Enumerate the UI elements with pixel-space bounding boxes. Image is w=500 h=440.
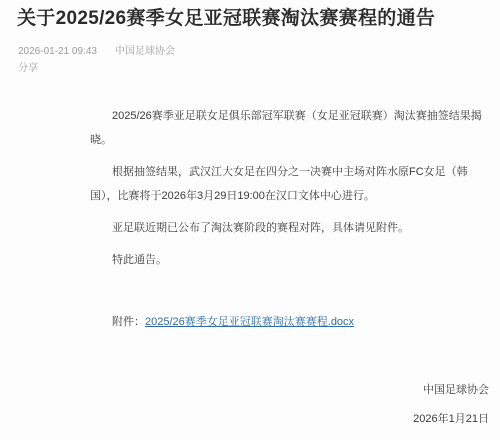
paragraph-line: 国），比赛将于2026年3月29日19:00在汉口文体中心进行。 <box>90 184 493 208</box>
paragraph-line: 晓。 <box>90 128 493 152</box>
paragraph: 2025/26赛季亚足联女足俱乐部冠军联赛（女足亚冠联赛）淘汰赛抽签结果揭 晓。 <box>90 104 493 152</box>
article-body: 2025/26赛季亚足联女足俱乐部冠军联赛（女足亚冠联赛）淘汰赛抽签结果揭 晓。… <box>90 104 493 431</box>
announcement-page: 关于2025/26赛季女足亚冠联赛淘汰赛赛程的通告 2026-01-21 09:… <box>0 0 500 440</box>
attachment-link[interactable]: 2025/26赛季女足亚冠联赛淘汰赛赛程.docx <box>145 316 354 328</box>
signature-org: 中国足球协会 <box>90 378 489 402</box>
signature-block: 中国足球协会 2026年1月21日 <box>90 378 493 431</box>
article-meta: 2026-01-21 09:43 中国足球协会 <box>18 45 500 59</box>
paragraph: 根据抽签结果，武汉江大女足在四分之一决赛中主场对阵水原FC女足（韩 国），比赛将… <box>90 160 493 208</box>
paragraph: 亚足联近期已公布了淘汰赛阶段的赛程对阵，具体请见附件。 <box>90 216 493 240</box>
page-title: 关于2025/26赛季女足亚冠联赛淘汰赛赛程的通告 <box>0 0 500 31</box>
attachment-label: 附件： <box>112 316 145 328</box>
paragraph-line: 2025/26赛季亚足联女足俱乐部冠军联赛（女足亚冠联赛）淘汰赛抽签结果揭 <box>90 104 493 128</box>
share-button[interactable]: 分享 <box>18 62 38 76</box>
paragraph-line: 亚足联近期已公布了淘汰赛阶段的赛程对阵，具体请见附件。 <box>90 216 493 240</box>
publisher-name: 中国足球协会 <box>115 45 175 59</box>
publish-datetime: 2026-01-21 09:43 <box>18 45 97 59</box>
paragraph: 特此通告。 <box>90 248 493 272</box>
signature-date: 2026年1月21日 <box>90 407 489 431</box>
paragraph-line: 特此通告。 <box>90 248 493 272</box>
paragraph-line: 根据抽签结果，武汉江大女足在四分之一决赛中主场对阵水原FC女足（韩 <box>90 160 493 184</box>
attachment-row: 附件：2025/26赛季女足亚冠联赛淘汰赛赛程.docx <box>90 310 493 334</box>
